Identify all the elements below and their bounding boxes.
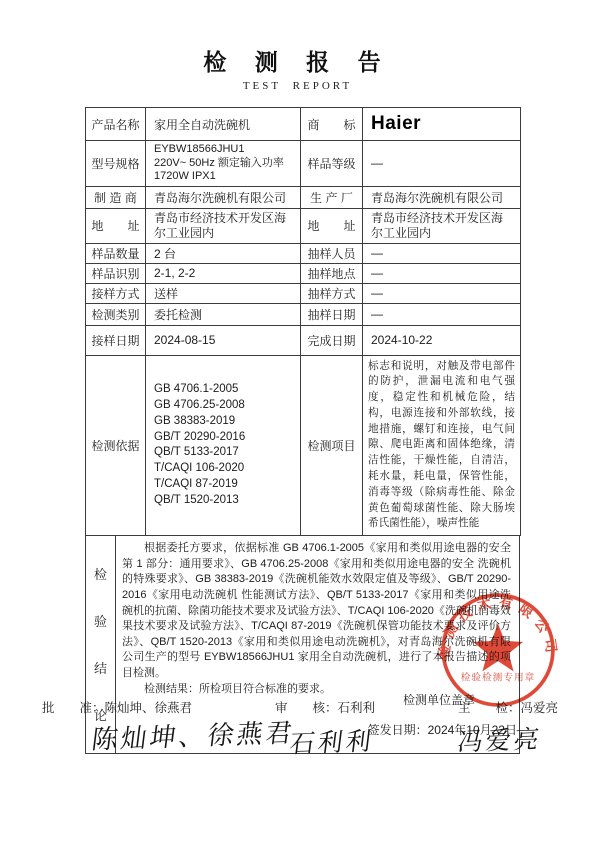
factory-value: 青岛海尔洗碗机有限公司 (363, 186, 521, 208)
table-row: 检测依据 GB 4706.1-2005 GB 4706.25-2008 GB 3… (86, 355, 521, 536)
product-name-label: 产品名称 (86, 108, 146, 141)
manufacturer-label: 制 造 商 (86, 186, 146, 208)
sampling-date-value: — (363, 303, 521, 325)
report-subtitle: TEST REPORT (0, 80, 595, 92)
seal-star-icon (473, 624, 523, 672)
sample-site-label: 抽样地点 (301, 263, 363, 283)
sample-id-label: 样品识别 (86, 263, 146, 283)
sample-id-value: 2-1, 2-2 (146, 263, 301, 283)
address-right-value: 青岛市经济技术开发区海尔工业园内 (363, 208, 521, 243)
table-row: 接样日期 2024-08-15 完成日期 2024-10-22 (86, 325, 521, 355)
review-name: 石利利 (338, 701, 376, 715)
report-title: 检 测 报 告 (0, 44, 595, 77)
factory-label: 生 产 厂 (301, 186, 363, 208)
product-name-value: 家用全自动洗碗机 (146, 108, 301, 141)
brand-label: 商 标 (301, 108, 363, 141)
test-report-page: 检 测 报 告 TEST REPORT 产品名称 家用全自动洗碗机 商 标 Ha… (0, 0, 595, 841)
approve-signature: 陈灿坤、徐燕君 (90, 712, 297, 756)
test-category-value: 委托检测 (146, 303, 301, 325)
finish-date-value: 2024-10-22 (363, 325, 521, 355)
address-left-value: 青岛市经济技术开发区海尔工业园内 (146, 208, 301, 243)
model-spec-label: 型号规格 (86, 141, 146, 187)
table-row: 样品识别 2-1, 2-2 抽样地点 — (86, 263, 521, 283)
receive-mode-label: 接样方式 (86, 283, 146, 303)
sampling-mode-value: — (363, 283, 521, 303)
approve-names: 陈灿坤、徐燕君 (105, 701, 193, 715)
test-category-label: 检测类别 (86, 303, 146, 325)
approve-label: 批 准： (42, 701, 105, 715)
receive-date-value: 2024-08-15 (146, 325, 301, 355)
test-items-label: 检测项目 (301, 355, 363, 536)
title-block: 检 测 报 告 TEST REPORT (0, 44, 595, 92)
table-row: 样品数量 2 台 抽样人员 — (86, 243, 521, 263)
address-right-label: 地 址 (301, 208, 363, 243)
sample-qty-label: 样品数量 (86, 243, 146, 263)
sample-site-value: — (363, 263, 521, 283)
seal-bottom-text: 检验检测专用章 (461, 672, 536, 684)
table-row: 制 造 商 青岛海尔洗碗机有限公司 生 产 厂 青岛海尔洗碗机有限公司 (86, 186, 521, 208)
table-row: 产品名称 家用全自动洗碗机 商 标 Haier (86, 108, 521, 141)
test-basis-value: GB 4706.1-2005 GB 4706.25-2008 GB 38383-… (146, 355, 301, 536)
sampling-mode-label: 抽样方式 (301, 283, 363, 303)
approve-group: 批 准：陈灿坤、徐燕君 (42, 698, 192, 716)
table-row: 检测类别 委托检测 抽样日期 — (86, 303, 521, 325)
table-row: 接样方式 送样 抽样方式 — (86, 283, 521, 303)
review-signature: 石利利 (288, 721, 376, 760)
company-seal: 检测技术有限公司 检验检测专用章 (437, 589, 559, 711)
address-left-label: 地 址 (86, 208, 146, 243)
sample-grade-label: 样品等级 (301, 141, 363, 187)
table-row: 型号规格 EYBW18566JHU1 220V~ 50Hz 额定输入功率 172… (86, 141, 521, 187)
haier-logo: Haier (371, 113, 421, 134)
chief-signature: 冯爱亮 (456, 719, 544, 758)
table-row: 地 址 青岛市经济技术开发区海尔工业园内 地 址 青岛市经济技术开发区海尔工业园… (86, 208, 521, 243)
sample-grade-value: — (363, 141, 521, 187)
test-basis-label: 检测依据 (86, 355, 146, 536)
model-spec-value: EYBW18566JHU1 220V~ 50Hz 额定输入功率 1720W IP… (146, 141, 301, 187)
manufacturer-value: 青岛海尔洗碗机有限公司 (146, 186, 301, 208)
sampler-value: — (363, 243, 521, 263)
sampler-label: 抽样人员 (301, 243, 363, 263)
test-items-value: 标志和说明，对触及带电部件的防护，泄漏电流和电气强度，稳定性和机械危险，结构，电… (363, 355, 521, 536)
receive-date-label: 接样日期 (86, 325, 146, 355)
finish-date-label: 完成日期 (301, 325, 363, 355)
sampling-date-label: 抽样日期 (301, 303, 363, 325)
receive-mode-value: 送样 (146, 283, 301, 303)
sample-qty-value: 2 台 (146, 243, 301, 263)
